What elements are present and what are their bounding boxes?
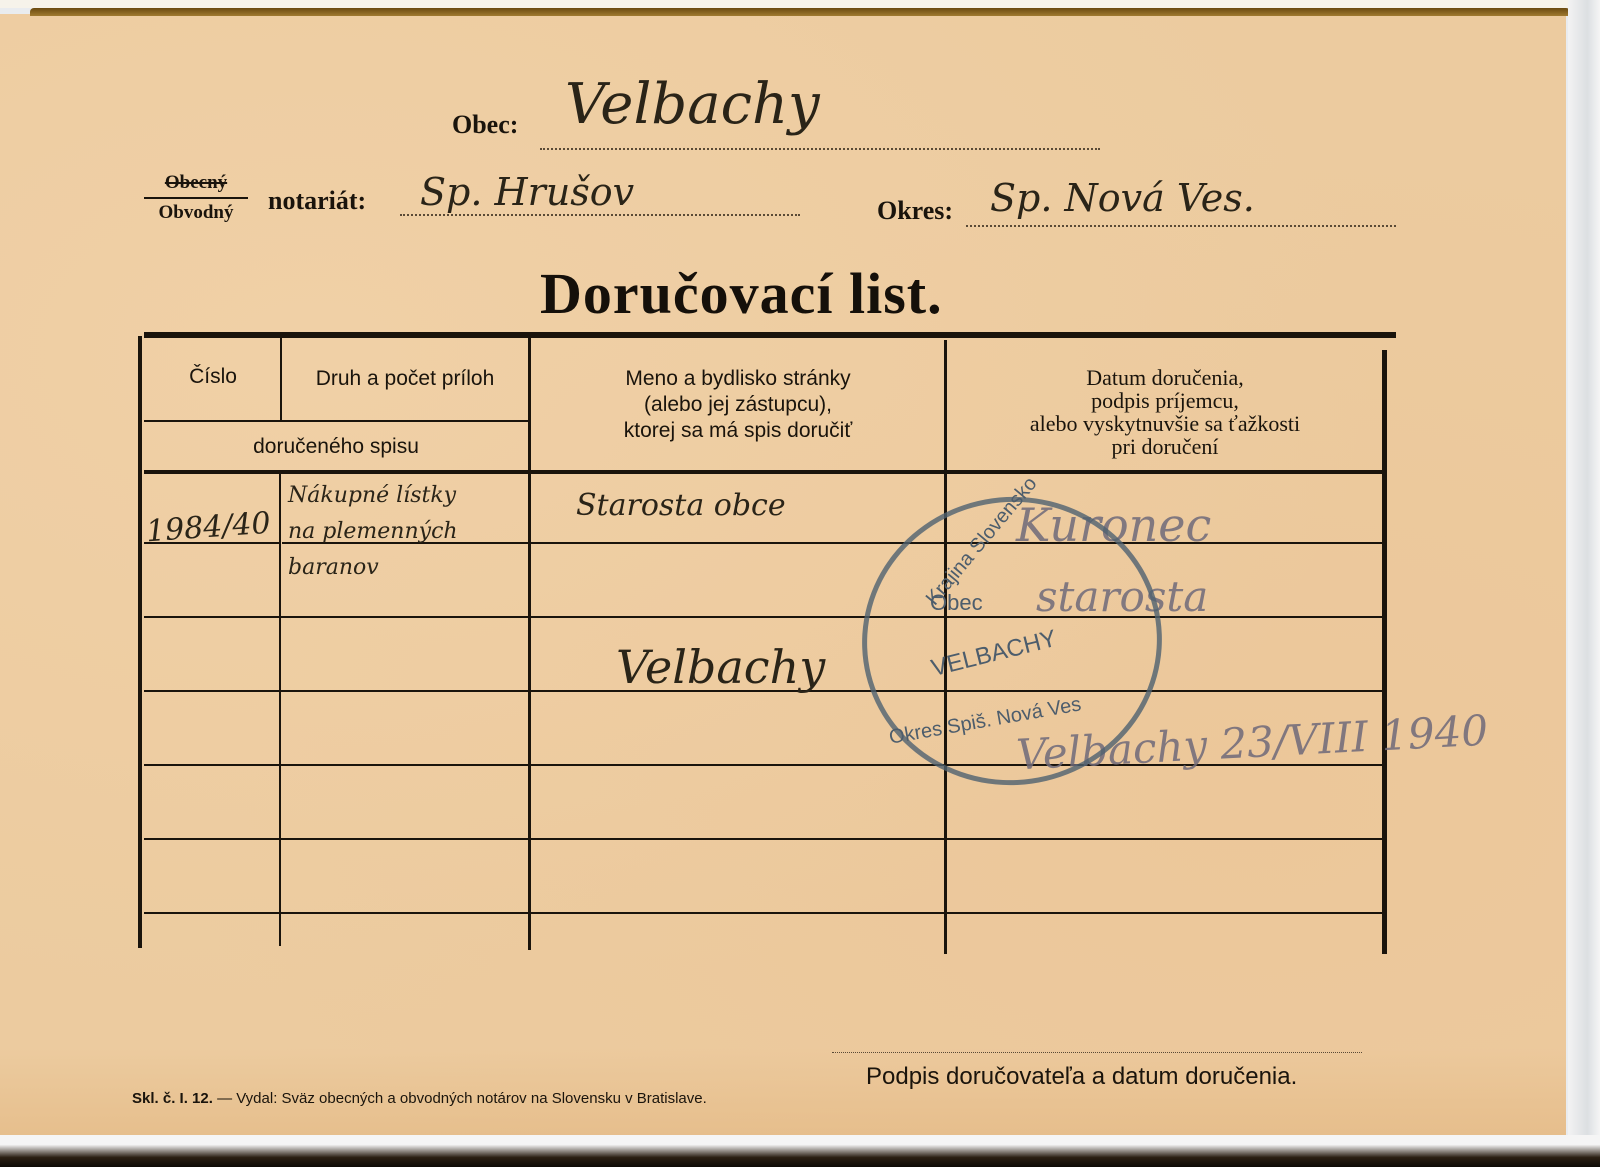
header-split-rule bbox=[144, 420, 528, 422]
header-datum-line3: alebo vyskytnuvšie sa ťažkosti bbox=[948, 412, 1382, 435]
header-meno-line1: Meno a bydlisko stránky bbox=[532, 366, 944, 392]
obec-value: Velbachy bbox=[565, 72, 820, 137]
okres-dotted-line bbox=[966, 225, 1396, 227]
office-type-selector: Obecný Obvodný bbox=[138, 170, 254, 226]
delivery-table: Číslo Druh a počet príloh doručeného spi… bbox=[136, 328, 1366, 952]
table-left-rule bbox=[138, 336, 142, 948]
imprint-text: — Vydal: Sväz obecných a obvodných notár… bbox=[217, 1090, 707, 1107]
header-druh: Druh a počet príloh bbox=[282, 366, 528, 392]
imprint: Skl. č. I. 12. — Vydal: Sväz obecných a … bbox=[132, 1090, 707, 1107]
row-rule-5 bbox=[144, 912, 1382, 914]
okres-value: Sp. Nová Ves. bbox=[990, 176, 1255, 220]
stamp-center-small: Obec bbox=[930, 590, 983, 616]
imprint-code: Skl. č. I. 12. bbox=[132, 1090, 213, 1107]
office-type-divider bbox=[144, 197, 248, 199]
header-datum-line4: pri doručení bbox=[948, 435, 1382, 458]
table-top-rule bbox=[144, 332, 1396, 338]
scan-right-edge bbox=[1568, 0, 1600, 1167]
row-1-druh-line2: na plemenných bbox=[288, 514, 458, 550]
signature-dotted-line bbox=[832, 1052, 1362, 1053]
office-type-selected: Obvodný bbox=[138, 200, 254, 226]
row-1-druh-line3: baranov bbox=[288, 550, 458, 586]
signature-label: Podpis doručovateľa a datum doručenia. bbox=[866, 1063, 1297, 1091]
header-datum: Datum doručenia, podpis príjemcu, alebo … bbox=[948, 366, 1382, 458]
header-bottom-rule bbox=[144, 470, 1384, 474]
scan-bottom-edge bbox=[0, 1135, 1600, 1167]
col-rule-cislo bbox=[279, 474, 281, 946]
obec-label: Obec: bbox=[452, 110, 518, 140]
row-1-meno-line2: Velbachy bbox=[616, 640, 825, 694]
okres-label: Okres: bbox=[877, 196, 953, 226]
header-datum-line1: Datum doručenia, bbox=[948, 366, 1382, 389]
notariat-value: Sp. Hrušov bbox=[420, 170, 634, 214]
notariat-label: notariát: bbox=[268, 186, 366, 216]
row-rule-4 bbox=[144, 838, 1382, 840]
row-1-druh: Nákupné lístky na plemenných baranov bbox=[288, 478, 458, 586]
header-datum-line2: podpis príjemcu, bbox=[948, 389, 1382, 412]
table-right-rule bbox=[1382, 350, 1387, 954]
office-type-struck: Obecný bbox=[138, 170, 254, 196]
scan-top-edge bbox=[0, 0, 1600, 8]
row-1-meno-line1: Starosta obce bbox=[576, 488, 786, 523]
notariat-dotted-line bbox=[400, 214, 800, 216]
paper-top-shadow bbox=[30, 8, 1570, 16]
col-rule-druh bbox=[528, 338, 531, 950]
document-title: Doručovací list. bbox=[540, 260, 943, 327]
obec-dotted-line bbox=[540, 148, 1100, 150]
header-meno: Meno a bydlisko stránky (alebo jej zástu… bbox=[532, 366, 944, 444]
row-1-druh-line1: Nákupné lístky bbox=[288, 478, 458, 514]
header-meno-line2: (alebo jej zástupcu), bbox=[532, 392, 944, 418]
header-cislo: Číslo bbox=[146, 364, 280, 390]
header-spanning: doručeného spisu bbox=[144, 434, 528, 460]
header-meno-line3: ktorej sa má spis doručiť bbox=[532, 418, 944, 444]
